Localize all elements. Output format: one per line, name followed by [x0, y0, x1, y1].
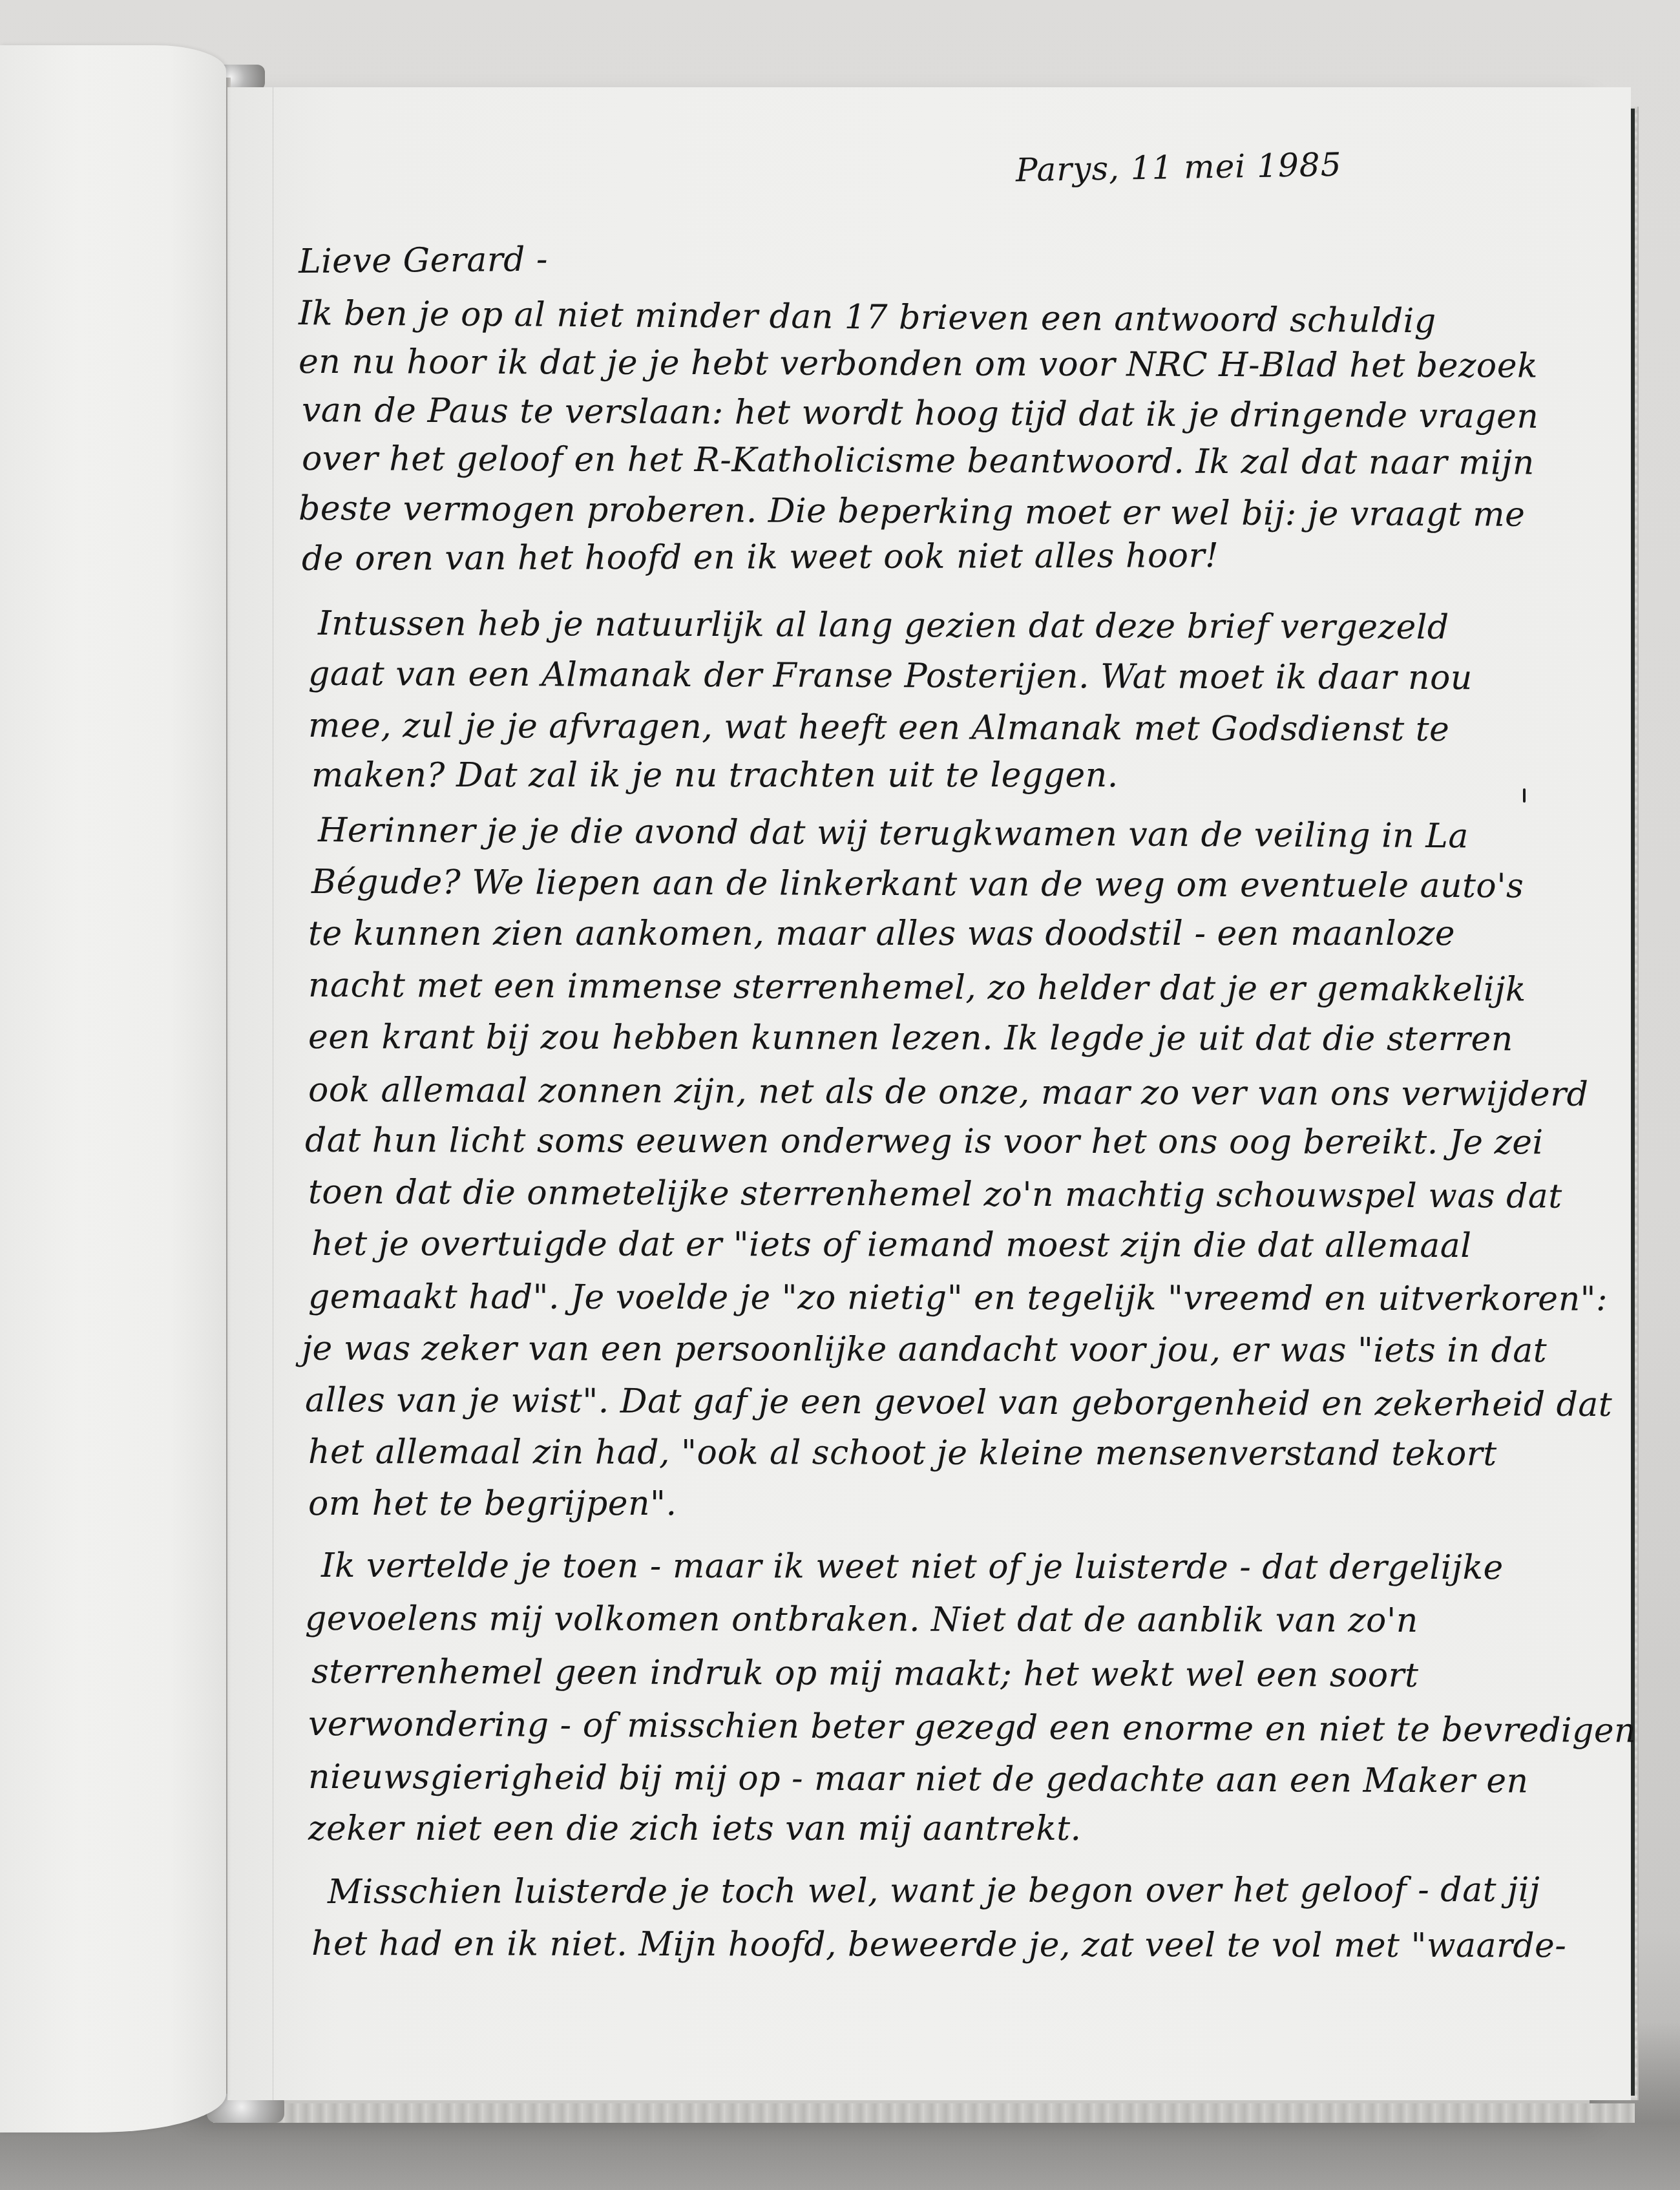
letter-line: en nu hoor ik dat je je hebt verbonden o… — [299, 342, 1538, 386]
letter-line: beste vermogen proberen. Die beperking m… — [299, 489, 1526, 534]
letter-line: om het te begrijpen". — [308, 1484, 677, 1523]
letter-line: het had en ik niet. Mijn hoofd, beweerde… — [311, 1924, 1567, 1965]
letter-line: een krant bij zou hebben kunnen lezen. I… — [308, 1018, 1513, 1058]
ink-mark — [1523, 788, 1526, 803]
letter-line: Ik vertelde je toen - maar ik weet niet … — [321, 1546, 1504, 1587]
letter-line: het allemaal zin had, "ook al schoot je … — [308, 1433, 1497, 1473]
letter-line: gaat van een Almanak der Franse Posterij… — [308, 655, 1473, 697]
letter-line: over het geloof en het R-Katholicisme be… — [302, 439, 1535, 483]
letter-line: je was zeker van een persoonlijke aandac… — [302, 1329, 1547, 1370]
letter-line: toen dat die onmetelijke sterrenhemel zo… — [308, 1173, 1562, 1216]
letter-line: gemaakt had". Je voelde je "zo nietig" e… — [308, 1278, 1608, 1319]
book-cover-bottom-edge — [213, 2103, 1635, 2123]
letter-line: Ik ben je op al niet minder dan 17 briev… — [299, 294, 1436, 341]
letter-line: Herinner je je die avond dat wij terugkw… — [318, 811, 1469, 856]
letter-line: nieuwsgierigheid bij mij op - maar niet … — [308, 1758, 1529, 1801]
letter-line: verwondering - of misschien beter gezegd… — [308, 1705, 1636, 1751]
letter-line: Intussen heb je natuurlijk al lang gezie… — [318, 604, 1449, 647]
letter-line: de oren van het hoofd en ik weet ook nie… — [302, 536, 1219, 578]
handwritten-letter: Parys, 11 mei 1985 Lieve Gerard - Ik ben… — [299, 87, 1565, 2100]
left-page-blank — [0, 45, 226, 2132]
letter-line: het je overtuigde dat er "iets of iemand… — [311, 1225, 1471, 1265]
letter-line: sterrenhemel geen indruk op mij maakt; h… — [311, 1652, 1419, 1695]
letter-line: mee, zul je je afvragen, wat heeft een A… — [308, 706, 1450, 749]
page-gutter-line — [273, 87, 273, 2100]
letter-line: alles van je wist". Dat gaf je een gevoe… — [305, 1381, 1613, 1424]
letter-line: ook allemaal zonnen zijn, net als de onz… — [308, 1071, 1589, 1114]
letter-salutation: Lieve Gerard - — [299, 240, 549, 281]
letter-line: Bégude? We liepen aan de linkerkant van … — [311, 863, 1524, 906]
letter-line: Misschien luisterde je toch wel, want je… — [328, 1871, 1540, 1911]
letter-line: van de Paus te verslaan: het wordt hoog … — [302, 391, 1539, 436]
letter-line: gevoelens mij volkomen ontbraken. Niet d… — [305, 1599, 1418, 1640]
letter-line: dat hun licht soms eeuwen onderweg is vo… — [305, 1121, 1544, 1162]
right-page-letter: Parys, 11 mei 1985 Lieve Gerard - Ik ben… — [227, 87, 1631, 2100]
letter-line: te kunnen zien aankomen, maar alles was … — [308, 914, 1455, 953]
letter-line: zeker niet een die zich iets van mij aan… — [308, 1809, 1082, 1848]
letter-dateline: Parys, 11 mei 1985 — [1016, 146, 1342, 189]
letter-line: nacht met een immense sterrenhemel, zo h… — [308, 966, 1526, 1009]
letter-line: maken? Dat zal ik je nu trachten uit te … — [311, 756, 1118, 795]
